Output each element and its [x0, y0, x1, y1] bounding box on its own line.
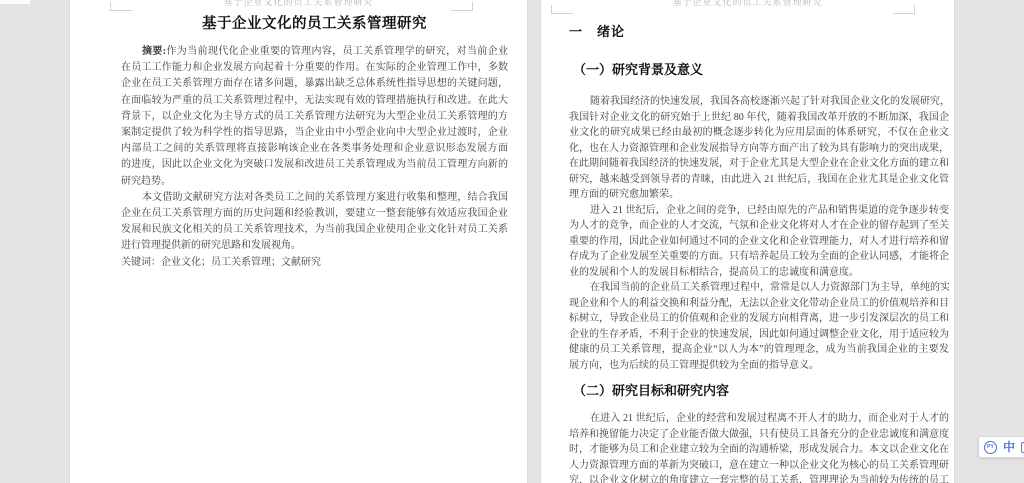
- body-paragraph-1: 随着我国经济的快速发展，我国各高校逐渐兴起了针对我国企业文化的发展研究，我国针对…: [569, 94, 949, 203]
- document-title: 基于企业文化的员工关系管理研究: [121, 13, 508, 35]
- ime-toolbar[interactable]: PY 中: [978, 436, 1024, 458]
- text-line: 我国针对企业文化的研究始于上世纪 80 年代，随着我国改革开放的不断加深，我国企: [569, 110, 949, 126]
- text-line: 研究趋势。: [121, 174, 508, 190]
- text-line: 在员工工作能力和企业发展方向起着十分重要的作用。在实际的企业管理工作中，多数: [121, 60, 508, 76]
- text-line: 重要的作用，因此企业如何通过不同的企业文化和企业管理能力，对人才进行培养和留: [569, 234, 949, 250]
- text-line: 业文化的研究成果已经由最初的概念逐步转化为应用层面的体系研究，不仅在企业文: [569, 125, 949, 141]
- text-line: 究，以企业文化树立的角度建立一套完整的员工关系，管理理论为当前较为传统的员工: [569, 473, 949, 483]
- text-line: 在我国当前的企业员工关系管理过程中，常常是以人力资源部门为主导，单纯的实: [569, 280, 949, 296]
- page-1-content: 基于企业文化的员工关系管理研究 摘要:作为当前现代化企业重要的管理内容，员工关系…: [121, 0, 508, 271]
- abstract-paragraph: 在员工工作能力和企业发展方向起着十分重要的作用。在实际的企业管理工作中，多数企业…: [121, 60, 508, 190]
- page-2-content: 一 绪论 （一）研究背景及意义 随着我国经济的快速发展，我国各高校逐渐兴起了针对…: [569, 0, 949, 483]
- text-line: 研究，越来越受到领导者的青睐，由此进入 21 世纪后，我国在企业尤其是企业文化管: [569, 172, 949, 188]
- text-line: 现企业和个人的利益交换和利益分配，无法以企业文化带动企业员工的价值观培养和目: [569, 296, 949, 312]
- ime-logo-icon[interactable]: PY: [984, 441, 997, 454]
- abstract-label: 摘要:: [142, 46, 166, 57]
- abstract-paragraph-2: 本文借助文献研究方法对各类员工之间的关系管理方案进行收集和整理，结合我国企业在员…: [121, 190, 508, 255]
- text-line: 发展和民族文化相关的员工关系管理技术，为当前我国企业使用企业文化针对员工关系: [121, 222, 508, 238]
- text-line: 进入 21 世纪后，企业之间的竞争，已经由原先的产品和销售渠道的竞争逐步转变: [569, 203, 949, 219]
- text-line: 背景下，以企业文化为主导方式的员工关系管理方法研究为大型企业员工关系管理的方: [121, 109, 508, 125]
- text-line: 存成为了企业发展至关重要的方面。只有培养起员工较为全面的企业认同感，才能将企: [569, 249, 949, 265]
- text-line: 在此期间随着我国经济的快速发展，对于企业尤其是大型企业在企业文化方面的建立和: [569, 156, 949, 172]
- document-canvas: 基于企业文化的员工关系管理研究 基于企业文化的员工关系管理研究 摘要:作为当前现…: [0, 0, 1024, 483]
- text-line: 业的发展和个人的发展目标相结合，提高员工的忠诚度和满意度。: [569, 265, 949, 281]
- text-line: 内部员工之间的关系管理将直接影响该企业在各类事务处理和企业意识形态发展方面: [121, 141, 508, 157]
- text-line: 标树立，导致企业员工的价值观和企业的发展方向相背离，进一步引发深层次的员工和: [569, 311, 949, 327]
- document-page-1[interactable]: 基于企业文化的员工关系管理研究 基于企业文化的员工关系管理研究 摘要:作为当前现…: [69, 0, 528, 483]
- text-line: 企业在员工关系管理方面的历史问题和经验教训，要建立一整套能够有效适应我国企业: [121, 206, 508, 222]
- body-paragraph-2: 进入 21 世纪后，企业之间的竞争，已经由原先的产品和销售渠道的竞争逐步转变为人…: [569, 203, 949, 281]
- section-heading-2: （二）研究目标和研究内容: [573, 382, 949, 399]
- text-line: 理方面的研究愈加繁荣。: [569, 187, 949, 203]
- abstract-first-line-text: 作为当前现代化企业重要的管理内容，员工关系管理学的研究，对当前企业: [166, 46, 508, 57]
- text-line: 企业在员工关系管理方面存在诸多问题，暴露出缺乏总体系统性指导思想的关键问题，: [121, 76, 508, 92]
- text-line: 培养和挽留能力决定了企业能否做大做强，只有使员工具备充分的企业忠诚度和满意度: [569, 427, 949, 443]
- text-line: 为人才的竞争，而企业的人才交流，气氛和企业文化将对人才在企业的留存起到了至关: [569, 218, 949, 234]
- text-line: 健康的员工关系管理，提高企业“以人为本”的管理理念，成为当前我国企业的主要发: [569, 342, 949, 358]
- text-line: 案制定提供了较为科学性的指导思路，当企业由中小型企业向中大型企业过渡时，企业: [121, 125, 508, 141]
- keywords-line: 关键词：企业文化；员工关系管理；文献研究: [121, 255, 508, 271]
- text-line: 进行管理提供新的研究思路和发展视角。: [121, 238, 508, 254]
- text-line: 在进入 21 世纪后，企业的经营和发展过程离不开人才的助力，而企业对于人才的: [569, 411, 949, 427]
- section-heading-1: （一）研究背景及意义: [573, 61, 949, 78]
- text-line: 人力资源管理方面的革新为突破口，意在建立一种以企业文化为核心的员工关系管理研: [569, 458, 949, 474]
- body-paragraph-4: 在进入 21 世纪后，企业的经营和发展过程离不开人才的助力，而企业对于人才的培养…: [569, 411, 949, 483]
- ime-mode-indicator[interactable]: 中: [1003, 436, 1015, 458]
- window-edge-fragment: [0, 0, 30, 4]
- chapter-heading: 一 绪论: [569, 24, 949, 40]
- body-paragraph-3: 在我国当前的企业员工关系管理过程中，常常是以人力资源部门为主导，单纯的实现企业和…: [569, 280, 949, 373]
- abstract-first-line: 摘要:作为当前现代化企业重要的管理内容，员工关系管理学的研究，对当前企业: [121, 44, 508, 60]
- document-page-2[interactable]: 基于企业文化的员工关系管理研究 一 绪论 （一）研究背景及意义 随着我国经济的快…: [540, 0, 955, 483]
- text-line: 的进度，因此以企业文化为突破口发展和改进员工关系管理成为当前员工管理方向新的: [121, 157, 508, 173]
- text-line: 企业的生存矛盾，不利于企业的快速发展，因此如何通过调整企业文化，用于适应较为: [569, 327, 949, 343]
- text-line: 化，也在人力资源管理和企业发展指导方向等方面产出了较为具有影响力的突出成果，: [569, 141, 949, 157]
- text-line: 在面临较为严重的员工关系管理过程中，无法实现有效的管理措施执行和改进。在此大: [121, 93, 508, 109]
- text-line: 时，才能够为员工和企业建立较为全面的沟通桥梁，形成发展合力。本文以企业文化在: [569, 442, 949, 458]
- text-line: 本文借助文献研究方法对各类员工之间的关系管理方案进行收集和整理，结合我国: [121, 190, 508, 206]
- text-line: 随着我国经济的快速发展，我国各高校逐渐兴起了针对我国企业文化的发展研究，: [569, 94, 949, 110]
- text-line: 展方向，也为后续的员工管理提供较为全面的指导意义。: [569, 358, 949, 374]
